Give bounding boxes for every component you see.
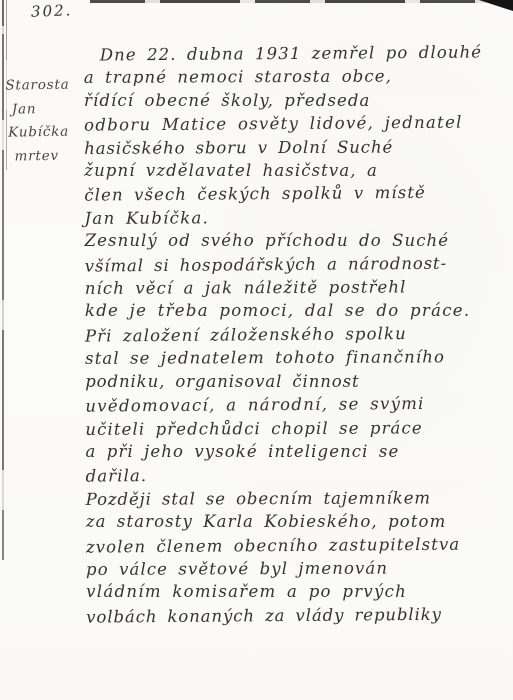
text-line: a při jeho vysoké inteligenci se (86, 440, 491, 463)
text-line: uvědomovací, a národní, se svými (85, 392, 490, 419)
text-line: ních věcí a jak náležitě postřehl (85, 275, 490, 300)
margin-note-line: Kubíčka (6, 121, 84, 146)
text-line: hasičského sboru v Dolní Suché (84, 135, 489, 160)
text-line: za starosty Karla Kobieského, potom (86, 510, 491, 533)
margin-note-line: Jan (6, 97, 84, 122)
text-line: Zesnulý od svého příchodu do Suché (85, 229, 490, 252)
text-line: župní vzdělavatel hasičstva, a (84, 159, 489, 182)
text-line: stal se jednatelem tohoto finančního (85, 345, 490, 370)
text-line: kde je třeba pomoci, dal se do práce. (85, 299, 490, 322)
text-line: Dne 22. dubna 1931 zemřel po dlouhé (84, 40, 489, 67)
corner-fold-mark (479, 0, 513, 11)
page-number: 302. (31, 1, 73, 20)
text-line: dařila. (86, 462, 491, 489)
text-line: Při založení záloženského spolku (85, 321, 490, 348)
text-line: zvolen členem obecního zastupitelstva (86, 532, 491, 559)
body-text: Dne 22. dubna 1931 zemřel po dlouhé a tr… (84, 41, 492, 628)
binding-edge-line (2, 0, 4, 568)
margin-note-line: Starosta (5, 73, 83, 98)
margin-note: Starosta Jan Kubíčka mrtev (5, 73, 85, 169)
text-line: řídící obecné školy, předseda (84, 89, 489, 112)
text-line: Později stal se obecním tajemníkem (86, 486, 491, 511)
text-line: všímal si hospodářských a národnost- (85, 251, 490, 278)
text-line: Jan Kubíčka. (84, 205, 489, 230)
text-line: učiteli předchůdci chopil se práce (85, 416, 490, 441)
text-line: odboru Matice osvěty lidové, jednatel (84, 111, 489, 138)
text-line: a trapné nemoci starosta obce, (84, 65, 489, 90)
text-line: po válce světové byl jmenován (86, 556, 491, 581)
text-line: člen všech českých spolků v místě (84, 181, 489, 208)
text-line: volbách konaných za vlády republiky (86, 602, 491, 629)
text-line: podniku, organisoval činnost (85, 370, 490, 393)
margin-note-line: mrtev (6, 144, 84, 169)
page-top-edge-shadow (90, 0, 490, 3)
text-line: vládním komisařem a po prvých (86, 580, 491, 603)
manuscript-page: 302. Starosta Jan Kubíčka mrtev Dne 22. … (0, 0, 513, 700)
